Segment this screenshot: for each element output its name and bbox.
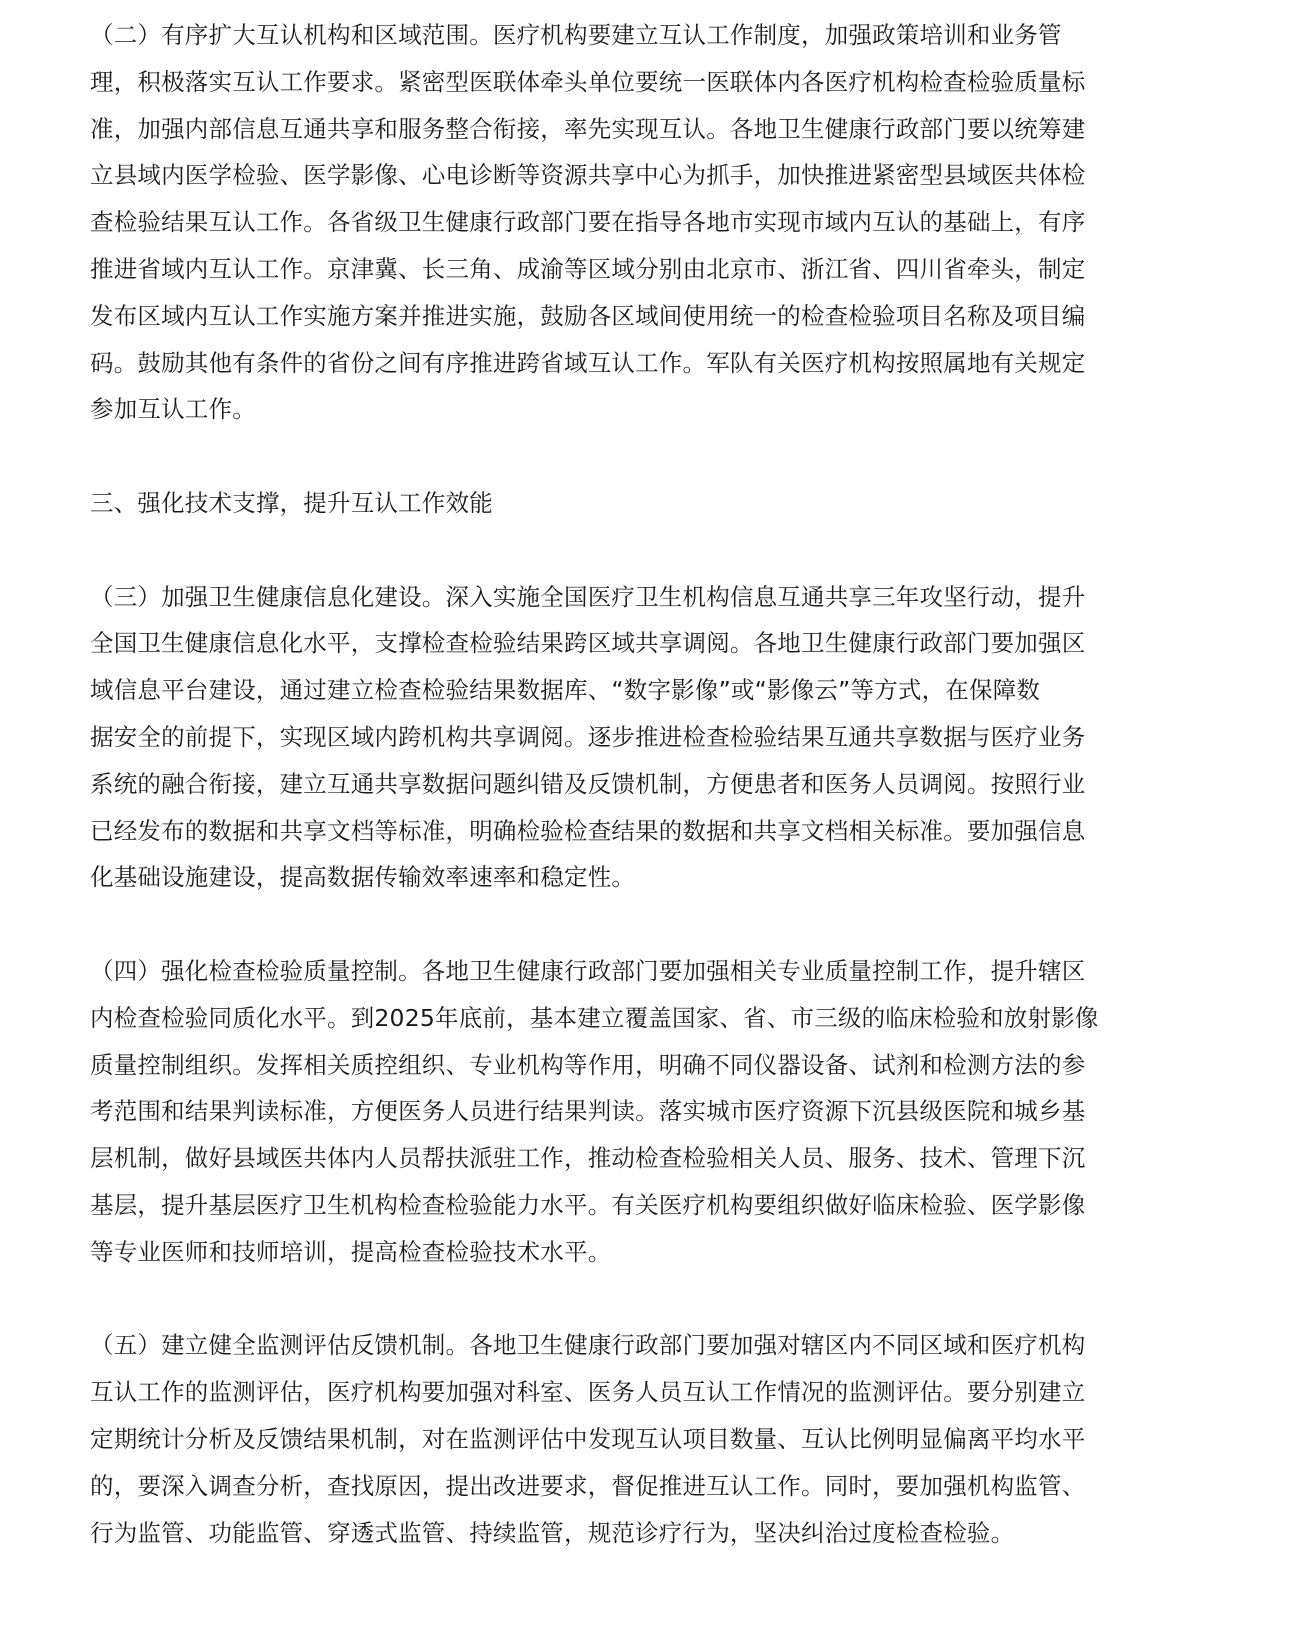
paragraph-line: 发布区域内互认工作实施方案并推进实施，鼓励各区域间使用统一的检查检验项目名称及项… [90,293,1150,340]
paragraph-line: 考范围和结果判读标准，方便医务人员进行结果判读。落实城市医疗资源下沉县级医院和城… [90,1088,1150,1135]
paragraph-line: 互认工作的监测评估，医疗机构要加强对科室、医务人员互认工作情况的监测评估。要分别… [90,1369,1150,1416]
paragraph-line: 查检验结果互认工作。各省级卫生健康行政部门要在指导各地市实现市域内互认的基础上，… [90,199,1150,246]
paragraph-line: （五）建立健全监测评估反馈机制。各地卫生健康行政部门要加强对辖区内不同区域和医疗… [90,1322,1150,1369]
paragraph-spacer [90,1276,1150,1323]
paragraph-line: 等专业医师和技师培训，提高检查检验技术水平。 [90,1229,1150,1276]
paragraph-line: 层机制，做好县域医共体内人员帮扶派驻工作，推动检查检验相关人员、服务、技术、管理… [90,1135,1150,1182]
document-body: （二）有序扩大互认机构和区域范围。医疗机构要建立互认工作制度，加强政策培训和业务… [90,12,1150,1556]
paragraph-line: （三）加强卫生健康信息化建设。深入实施全国医疗卫生机构信息互通共享三年攻坚行动，… [90,574,1150,621]
paragraph-line: 参加互认工作。 [90,386,1150,433]
paragraph-line: （四）强化检查检验质量控制。各地卫生健康行政部门要加强相关专业质量控制工作，提升… [90,948,1150,995]
paragraph-spacer [90,901,1150,948]
paragraph-line: 据安全的前提下，实现区域内跨机构共享调阅。逐步推进检查检验结果互通共享数据与医疗… [90,714,1150,761]
paragraph-5-monitoring-feedback: （五）建立健全监测评估反馈机制。各地卫生健康行政部门要加强对辖区内不同区域和医疗… [90,1322,1150,1556]
paragraph-line: 立县域内医学检验、医学影像、心电诊断等资源共享中心为抓手，加快推进紧密型县域医共… [90,152,1150,199]
paragraph-line: 码。鼓励其他有条件的省份之间有序推进跨省域互认工作。军队有关医疗机构按照属地有关… [90,340,1150,387]
paragraph-line: 行为监管、功能监管、穿透式监管、持续监管，规范诊疗行为，坚决纠治过度检查检验。 [90,1510,1150,1557]
paragraph-4-quality-control: （四）强化检查检验质量控制。各地卫生健康行政部门要加强相关专业质量控制工作，提升… [90,948,1150,1276]
paragraph-line: 准，加强内部信息互通共享和服务整合衔接，率先实现互认。各地卫生健康行政部门要以统… [90,106,1150,153]
paragraph-line: 推进省域内互认工作。京津冀、长三角、成渝等区域分别由北京市、浙江省、四川省牵头，… [90,246,1150,293]
section-heading-text: 三、强化技术支撑，提升互认工作效能 [90,480,1150,527]
paragraph-line: 定期统计分析及反馈结果机制，对在监测评估中发现互认项目数量、互认比例明显偏离平均… [90,1416,1150,1463]
paragraph-3-health-informatization: （三）加强卫生健康信息化建设。深入实施全国医疗卫生机构信息互通共享三年攻坚行动，… [90,574,1150,902]
paragraph-line: 理，积极落实互认工作要求。紧密型医联体牵头单位要统一医联体内各医疗机构检查检验质… [90,59,1150,106]
paragraph-line: 内检查检验同质化水平。到2025年底前，基本建立覆盖国家、省、市三级的临床检验和… [90,995,1150,1042]
paragraph-line: 系统的融合衔接，建立互通共享数据问题纠错及反馈机制，方便患者和医务人员调阅。按照… [90,761,1150,808]
paragraph-spacer [90,433,1150,480]
paragraph-line: 质量控制组织。发挥相关质控组织、专业机构等作用，明确不同仪器设备、试剂和检测方法… [90,1042,1150,1089]
paragraph-line: 基层，提升基层医疗卫生机构检查检验能力水平。有关医疗机构要组织做好临床检验、医学… [90,1182,1150,1229]
section-3-heading: 三、强化技术支撑，提升互认工作效能 [90,480,1150,527]
paragraph-line: 域信息平台建设，通过建立检查检验结果数据库、“数字影像”或“影像云”等方式，在保… [90,667,1150,714]
paragraph-2-expand-mutual-recognition: （二）有序扩大互认机构和区域范围。医疗机构要建立互认工作制度，加强政策培训和业务… [90,12,1150,433]
paragraph-line: （二）有序扩大互认机构和区域范围。医疗机构要建立互认工作制度，加强政策培训和业务… [90,12,1150,59]
paragraph-line: 全国卫生健康信息化水平，支撑检查检验结果跨区域共享调阅。各地卫生健康行政部门要加… [90,620,1150,667]
paragraph-line: 的，要深入调查分析，查找原因，提出改进要求，督促推进互认工作。同时，要加强机构监… [90,1463,1150,1510]
paragraph-spacer [90,527,1150,574]
paragraph-line: 已经发布的数据和共享文档等标准，明确检验检查结果的数据和共享文档相关标准。要加强… [90,808,1150,855]
paragraph-line: 化基础设施建设，提高数据传输效率速率和稳定性。 [90,854,1150,901]
